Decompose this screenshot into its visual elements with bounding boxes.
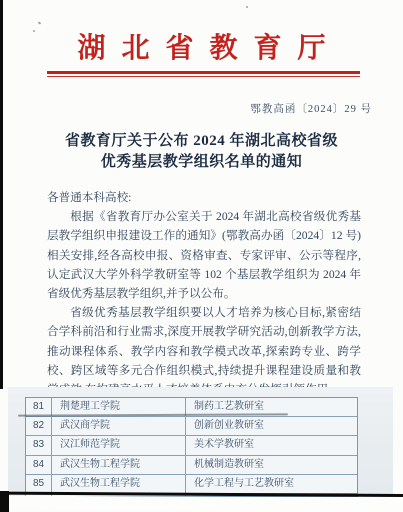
cell-school: 武汉商学院 [52, 417, 186, 435]
cell-index: 85 [26, 475, 52, 493]
letterhead-divider-line [47, 71, 360, 74]
salutation: 各普通本科高校: [47, 188, 361, 207]
paragraph-1: 根据《省教育厅办公室关于 2024 年湖北高校省级优秀基层教学组织申报建设工作的… [47, 207, 361, 303]
document-page: { "document": { "agency_name": "湖北省教育厅",… [0, 0, 403, 512]
table-row: 84 武汉生物工程学院 机械制造教研室 [26, 456, 357, 475]
cell-index: 82 [26, 417, 52, 435]
excellent-teaching-org-table: 81 荆楚理工学院 制药工艺教研室 82 武汉商学院 创新创业教研室 83 汉江… [25, 397, 358, 497]
scan-bottom-margin [0, 496, 403, 512]
cell-index: 81 [26, 398, 52, 416]
cell-school: 武汉生物工程学院 [52, 475, 186, 493]
paragraph-2: 省级优秀基层教学组织要以人才培养为核心目标,紧密结合学科前沿和行业需求,深度开展… [47, 303, 361, 399]
cell-school: 汉江师范学院 [52, 436, 186, 454]
letterhead-divider-line-thin [47, 76, 360, 77]
cell-org: 化学工程与工艺教研室 [186, 475, 357, 493]
cell-org: 机械制造教研室 [186, 456, 357, 474]
scan-speck [246, 6, 248, 8]
document-title-line1: 省教育厅关于公布 2024 年湖北高校省级 [0, 131, 403, 152]
scan-speck [33, 30, 35, 32]
scan-speck [38, 21, 42, 24]
agency-letterhead: 湖北省教育厅 [0, 34, 403, 64]
cell-org: 创新创业教研室 [186, 417, 357, 435]
document-body: 各普通本科高校: 根据《省教育厅办公室关于 2024 年湖北高校省级优秀基层教学… [47, 188, 361, 399]
scan-cut-blob [0, 491, 9, 512]
document-title-line2: 优秀基层教学组织名单的通知 [0, 152, 403, 173]
cell-index: 84 [26, 456, 52, 474]
table-row: 82 武汉商学院 创新创业教研室 [26, 417, 357, 436]
document-title: 省教育厅关于公布 2024 年湖北高校省级 优秀基层教学组织名单的通知 [0, 131, 403, 173]
table-row: 83 汉江师范学院 美术学教研室 [26, 436, 357, 455]
cell-index: 83 [26, 436, 52, 454]
cell-school: 武汉生物工程学院 [52, 456, 186, 474]
document-number: 鄂教高函〔2024〕29 号 [250, 101, 372, 116]
cell-org: 美术学教研室 [186, 436, 357, 454]
